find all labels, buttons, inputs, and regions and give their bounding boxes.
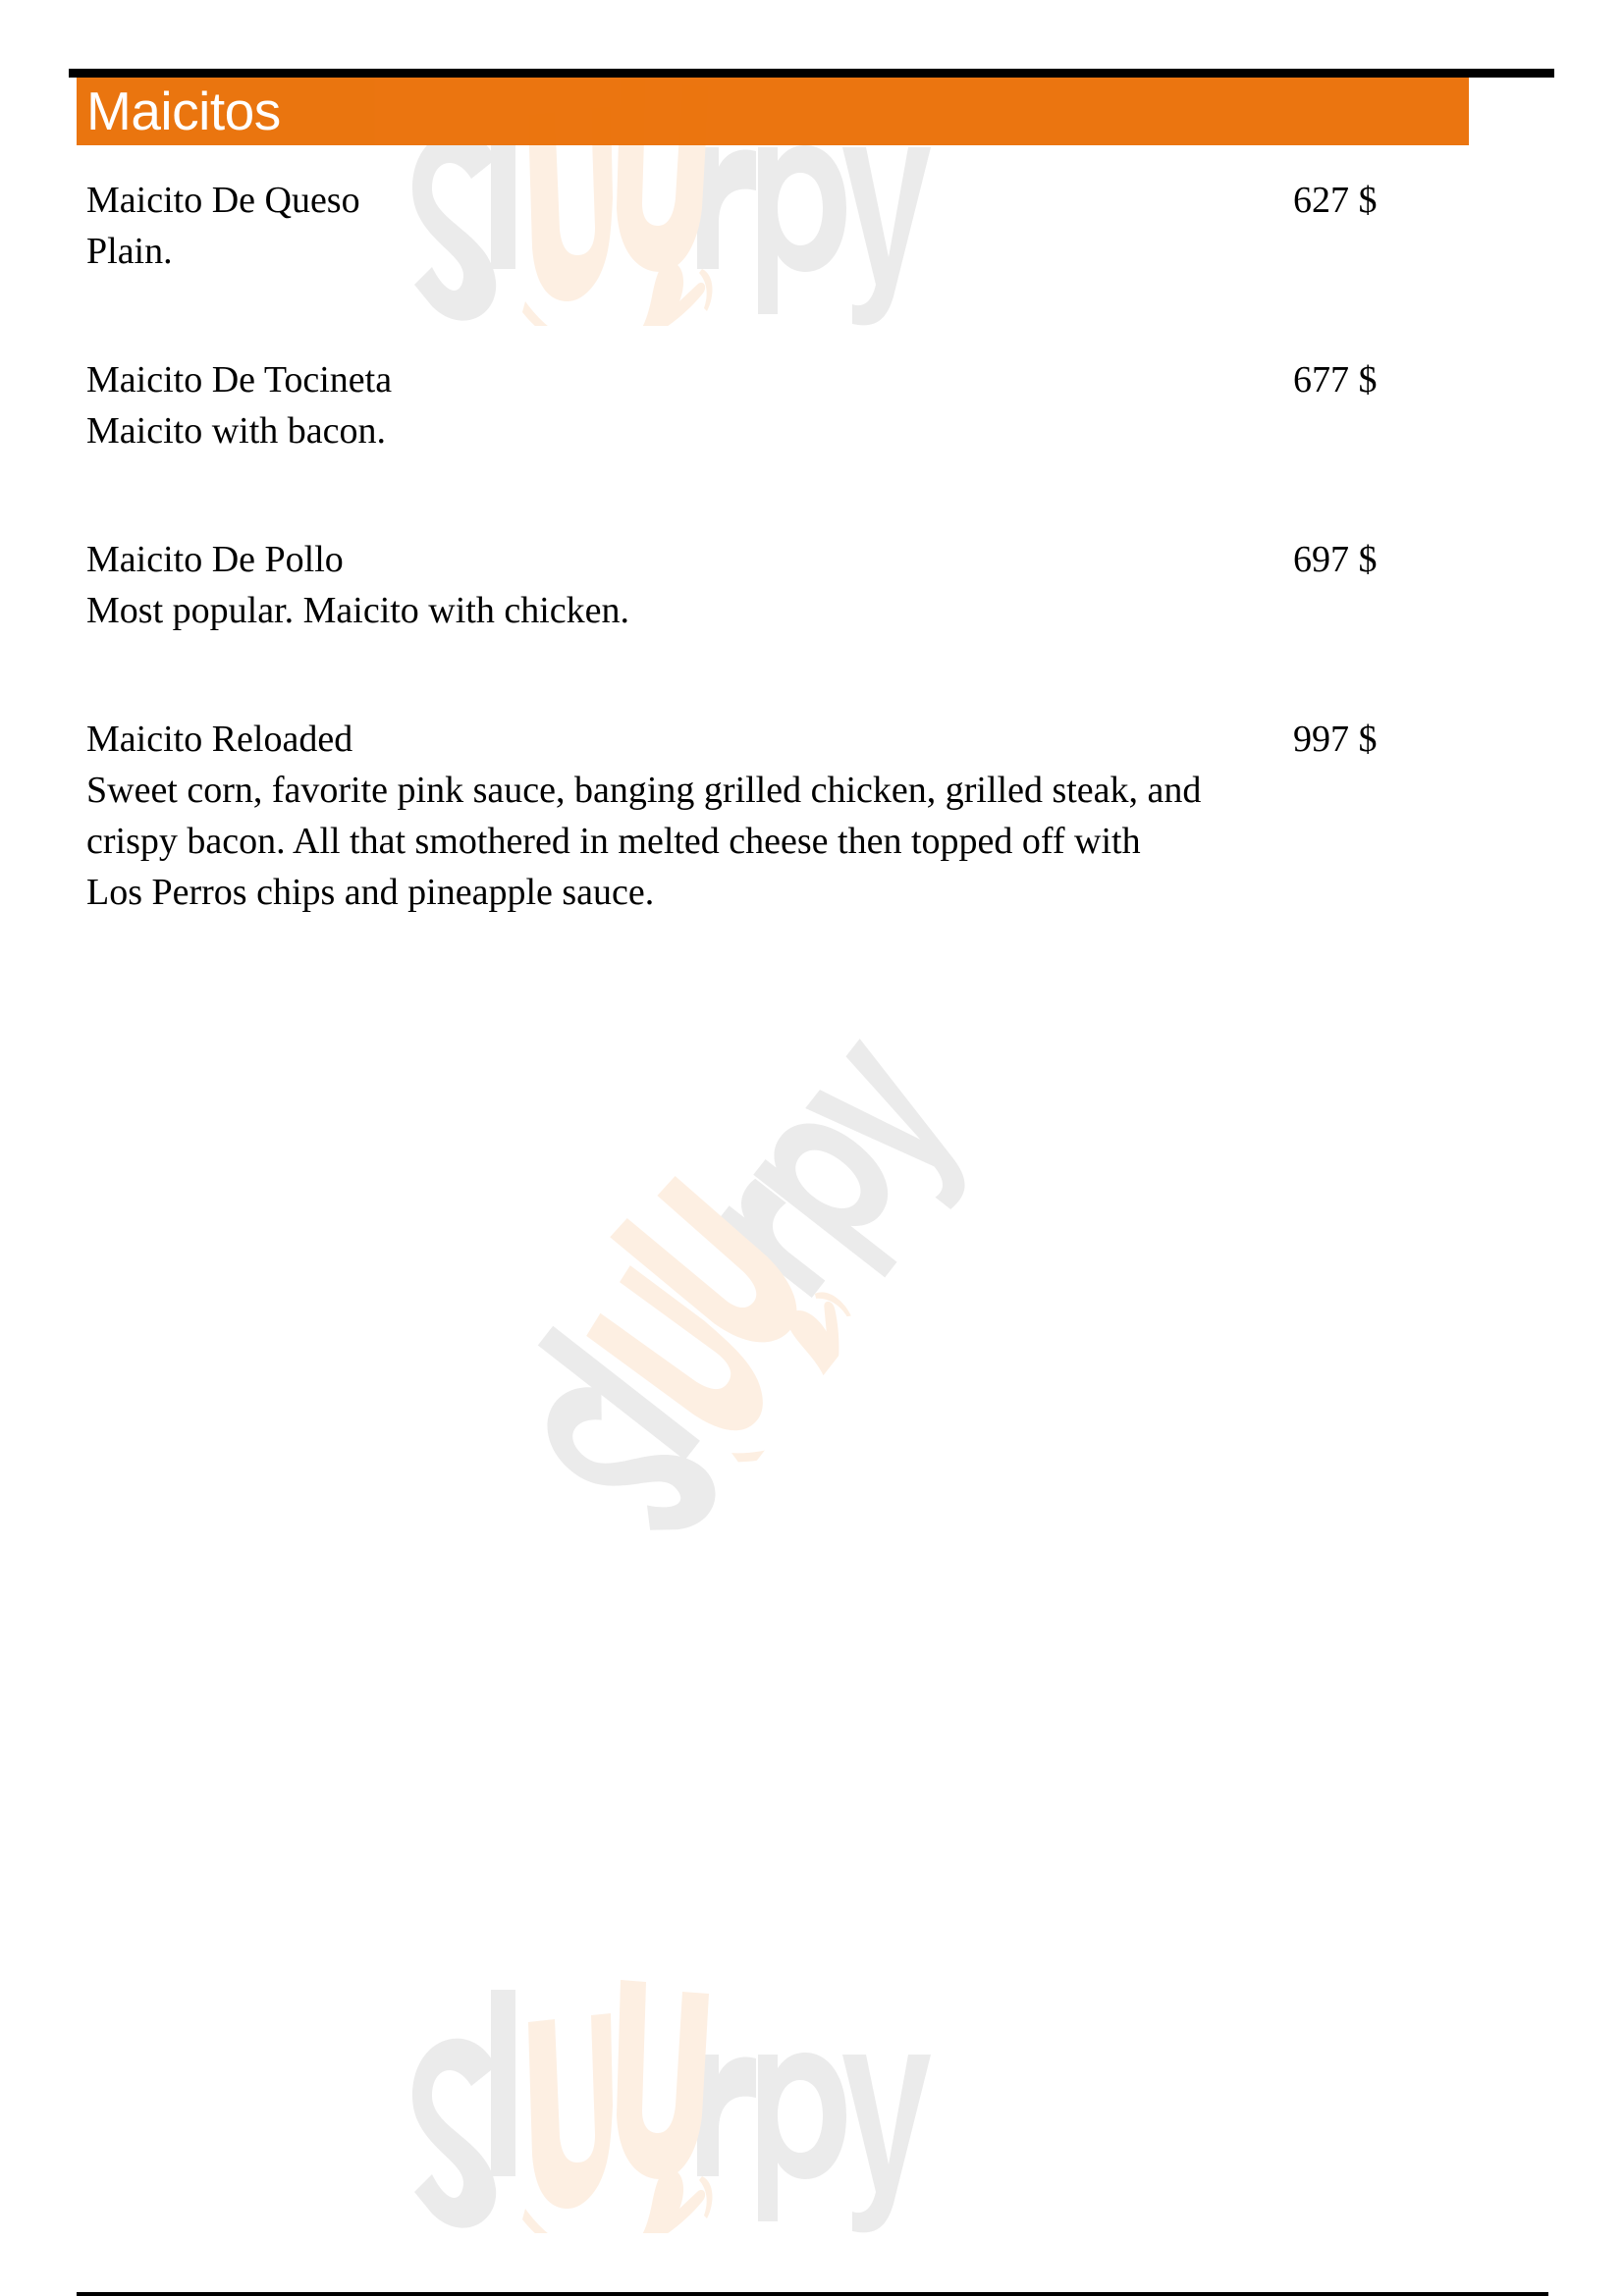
item-price: 677 $	[1293, 354, 1378, 405]
item-description: Sweet corn, favorite pink sauce, banging…	[86, 765, 1206, 918]
bottom-divider	[77, 2292, 1548, 2296]
section-title: Maicitos	[86, 81, 281, 140]
item-name: Maicito De Queso	[86, 175, 360, 226]
item-price: 627 $	[1293, 175, 1378, 226]
item-price: 697 $	[1293, 534, 1378, 585]
sluurpy-logo-icon	[403, 1968, 1227, 2233]
item-name: Maicito De Tocineta	[86, 354, 392, 405]
item-description: Maicito with bacon.	[86, 405, 1206, 456]
section-header: Maicitos	[77, 78, 1469, 145]
item-name: Maicito De Pollo	[86, 534, 344, 585]
item-description: Most popular. Maicito with chicken.	[86, 585, 1206, 636]
top-divider	[69, 69, 1554, 78]
item-name: Maicito Reloaded	[86, 714, 352, 765]
item-description: Plain.	[86, 226, 1206, 277]
sluurpy-watermark-logo-bottom	[403, 1968, 1227, 2233]
item-price: 997 $	[1293, 714, 1378, 765]
